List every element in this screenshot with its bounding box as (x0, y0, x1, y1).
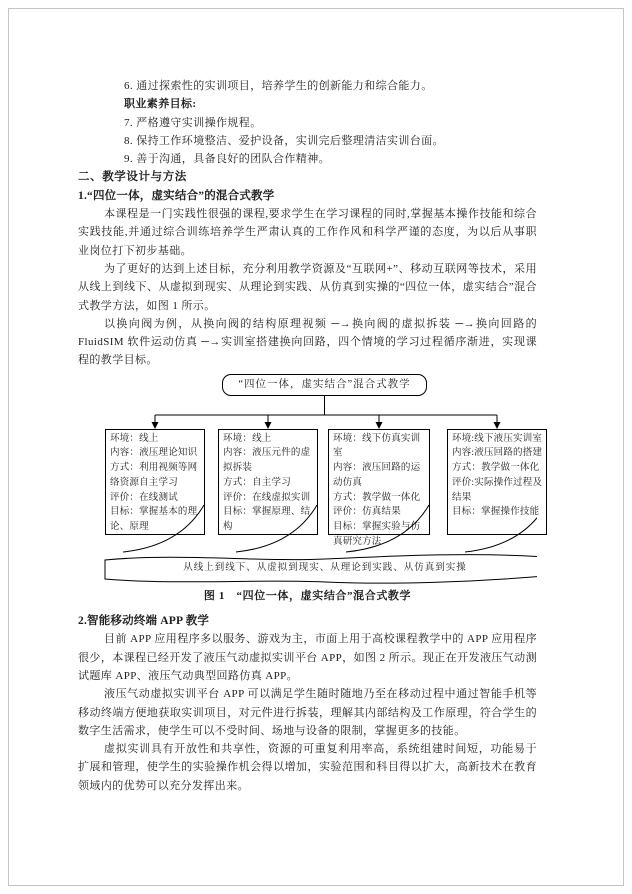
node-field: 内容：液压理论知识 (110, 446, 201, 461)
flowchart-node-online-theory: 环境：线上 内容：液压理论知识 方式：利用视频等网络资源自主学习 评价：在线测试… (105, 429, 205, 535)
node-field: 目标：掌握原理、结构 (223, 505, 314, 534)
list-item-8: 8. 保持工作环境整洁、爱护设备，实训完后整理清洁实训台面。 (78, 132, 537, 150)
flowchart-banner-label: 从线上到线下、从虚拟到现实、从理论到实践、从仿真到实操 (105, 556, 545, 580)
node-field: 方式：利用视频等网络资源自主学习 (110, 461, 201, 490)
arrow-down-icons (152, 422, 501, 429)
list-item-9: 9. 善于沟通，具备良好的团队合作精神。 (78, 150, 537, 168)
paragraph-app-overview: 目前 APP 应用程序多以服务、游戏为主，市面上用于高校课程教学中的 APP 应… (78, 630, 537, 685)
paragraph-virtual-training: 虚拟实训具有开放性和共享性，资源的可重复利用率高，系统组建时间短，功能易于扩展和… (78, 740, 537, 795)
node-field: 内容:液压回路的搭建 (452, 446, 543, 461)
node-field: 环境：线上 (110, 432, 201, 447)
subsection1-heading: 1.“四位一体，虚实结合”的混合式教学 (78, 187, 537, 205)
paragraph-app-platform: 液压气动虚拟实训平台 APP 可以满足学生随时随地乃至在移动过程中通过智能手机等… (78, 685, 537, 740)
list-item-7: 7. 严格遵守实训操作规程。 (78, 114, 537, 132)
node-field: 内容：液压元件的虚拟拆装 (223, 446, 314, 475)
node-field: 方式：自主学习 (223, 476, 314, 491)
section-heading-teaching-design: 二、教学设计与方法 (78, 168, 537, 186)
figure-1-caption: 图 1 “四位一体，虚实结合”混合式教学 (78, 587, 537, 605)
node-field: 环境:线下液压实训室 (452, 432, 543, 447)
node-field: 环境：线下仿真实训室 (333, 432, 426, 461)
list-item-6: 6. 通过探索性的实训项目，培养学生的创新能力和综合能力。 (78, 77, 537, 95)
vocational-goals-heading: 职业素养目标: (78, 95, 537, 113)
node-field: 评价：在线虚拟实训 (223, 491, 314, 506)
flowchart-root-node: “四位一体，虚实结合”混合式教学 (222, 374, 427, 396)
flowchart-node-simulation-lab: 环境：线下仿真实训室 内容：液压回路的运动仿真 方式：教学做一体化 评价：仿真结… (328, 429, 430, 535)
node-field: 评价:实际操作过程及结果 (452, 476, 543, 505)
tree-lines (155, 396, 497, 423)
node-field: 环境：线上 (223, 432, 314, 447)
paragraph-valve-example: 以换向阀为例，从换向阀的结构原理视频 ─→换向阀的虚拟拆装 ─→换向回路的 Fl… (78, 315, 537, 370)
page-content: 6. 通过探索性的实训项目，培养学生的创新能力和综合能力。 职业素养目标: 7.… (78, 77, 537, 795)
flowchart-node-hydraulic-lab: 环境:线下液压实训室 内容:液压回路的搭建 方式：教学做一体化 评价:实际操作过… (447, 429, 547, 535)
node-field: 评价：在线测试 (110, 491, 201, 506)
paragraph-course-nature: 本课程是一门实践性很强的课程,要求学生在学习课程的同时,掌握基本操作技能和综合实… (78, 205, 537, 260)
subsection2-heading: 2.智能移动终端 APP 教学 (78, 612, 537, 630)
node-field: 目标：掌握实验与仿真研究方法 (333, 520, 426, 549)
node-field: 评价：仿真结果 (333, 505, 426, 520)
paragraph-teaching-method: 为了更好的达到上述目标，充分利用教学资源及“互联网+”、移动互联网等技术，采用从… (78, 260, 537, 315)
node-field: 方式：教学做一体化 (333, 491, 426, 506)
node-field: 目标：掌握基本的理论、原理 (110, 505, 201, 534)
node-field: 目标：掌握操作技能 (452, 505, 543, 520)
figure-1-diagram: “四位一体，虚实结合”混合式教学 环境：线上 内容：液压理论知识 方式：利用视频… (78, 372, 537, 584)
flowchart-node-virtual-disassembly: 环境：线上 内容：液压元件的虚拟拆装 方式：自主学习 评价：在线虚拟实训 目标：… (218, 429, 318, 535)
document-page: 6. 通过探索性的实训项目，培养学生的创新能力和综合能力。 职业素养目标: 7.… (8, 8, 624, 886)
node-field: 内容：液压回路的运动仿真 (333, 461, 426, 490)
node-field: 方式：教学做一体化 (452, 461, 543, 476)
